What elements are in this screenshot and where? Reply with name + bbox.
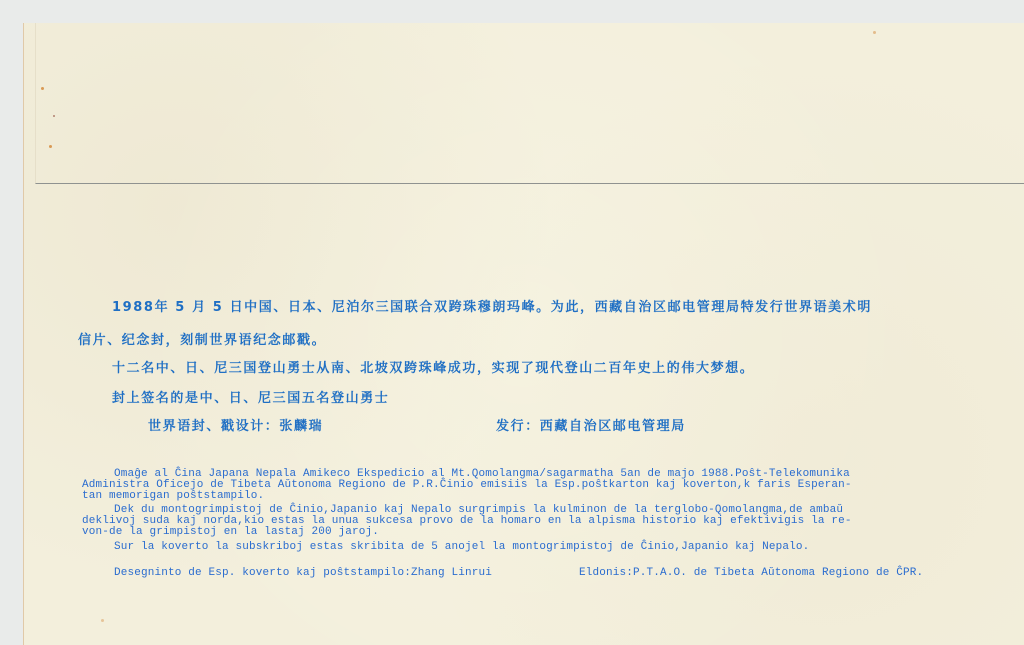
cn-design-credit: 世界语封、戳设计：张麟瑞 <box>148 415 323 434</box>
cn-paragraph-3: 封上签名的是中、日、尼三国五名登山勇士 <box>112 387 389 406</box>
paper-spot <box>41 87 44 90</box>
eo-design-credit: Desegninto de Esp. koverto kaj poŝtstamp… <box>114 568 492 579</box>
paper-spot <box>49 145 52 148</box>
cn-paragraph-2: 十二名中、日、尼三国登山勇士从南、北坡双跨珠峰成功，实现了现代登山二百年史上的伟… <box>112 357 754 376</box>
eo-line-7: Sur la koverto la subskriboj estas skrib… <box>114 542 809 553</box>
paper-spot <box>873 31 876 34</box>
cn-paragraph-1-line-2: 信片、纪念封，刻制世界语纪念邮戳。 <box>78 329 326 348</box>
cn-paragraph-1-line-1: 1988年 5 月 5 日中国、日本、尼泊尔三国联合双跨珠穆朗玛峰。为此，西藏自… <box>112 296 872 315</box>
paper-spot <box>101 619 104 622</box>
eo-line-3: tan memorigan poŝtstampilo. <box>82 491 264 502</box>
paper-spot <box>53 115 55 117</box>
envelope-flap <box>35 23 1024 184</box>
envelope-back: 1988年 5 月 5 日中国、日本、尼泊尔三国联合双跨珠穆朗玛峰。为此，西藏自… <box>23 23 1024 645</box>
eo-issuer: Eldonis:P.T.A.O. de Tibeta Aŭtonoma Regi… <box>579 568 923 579</box>
cn-issuer: 发行：西藏自治区邮电管理局 <box>496 415 686 434</box>
eo-line-6: von-de la grimpistoj en la lastaj 200 ja… <box>82 527 379 538</box>
